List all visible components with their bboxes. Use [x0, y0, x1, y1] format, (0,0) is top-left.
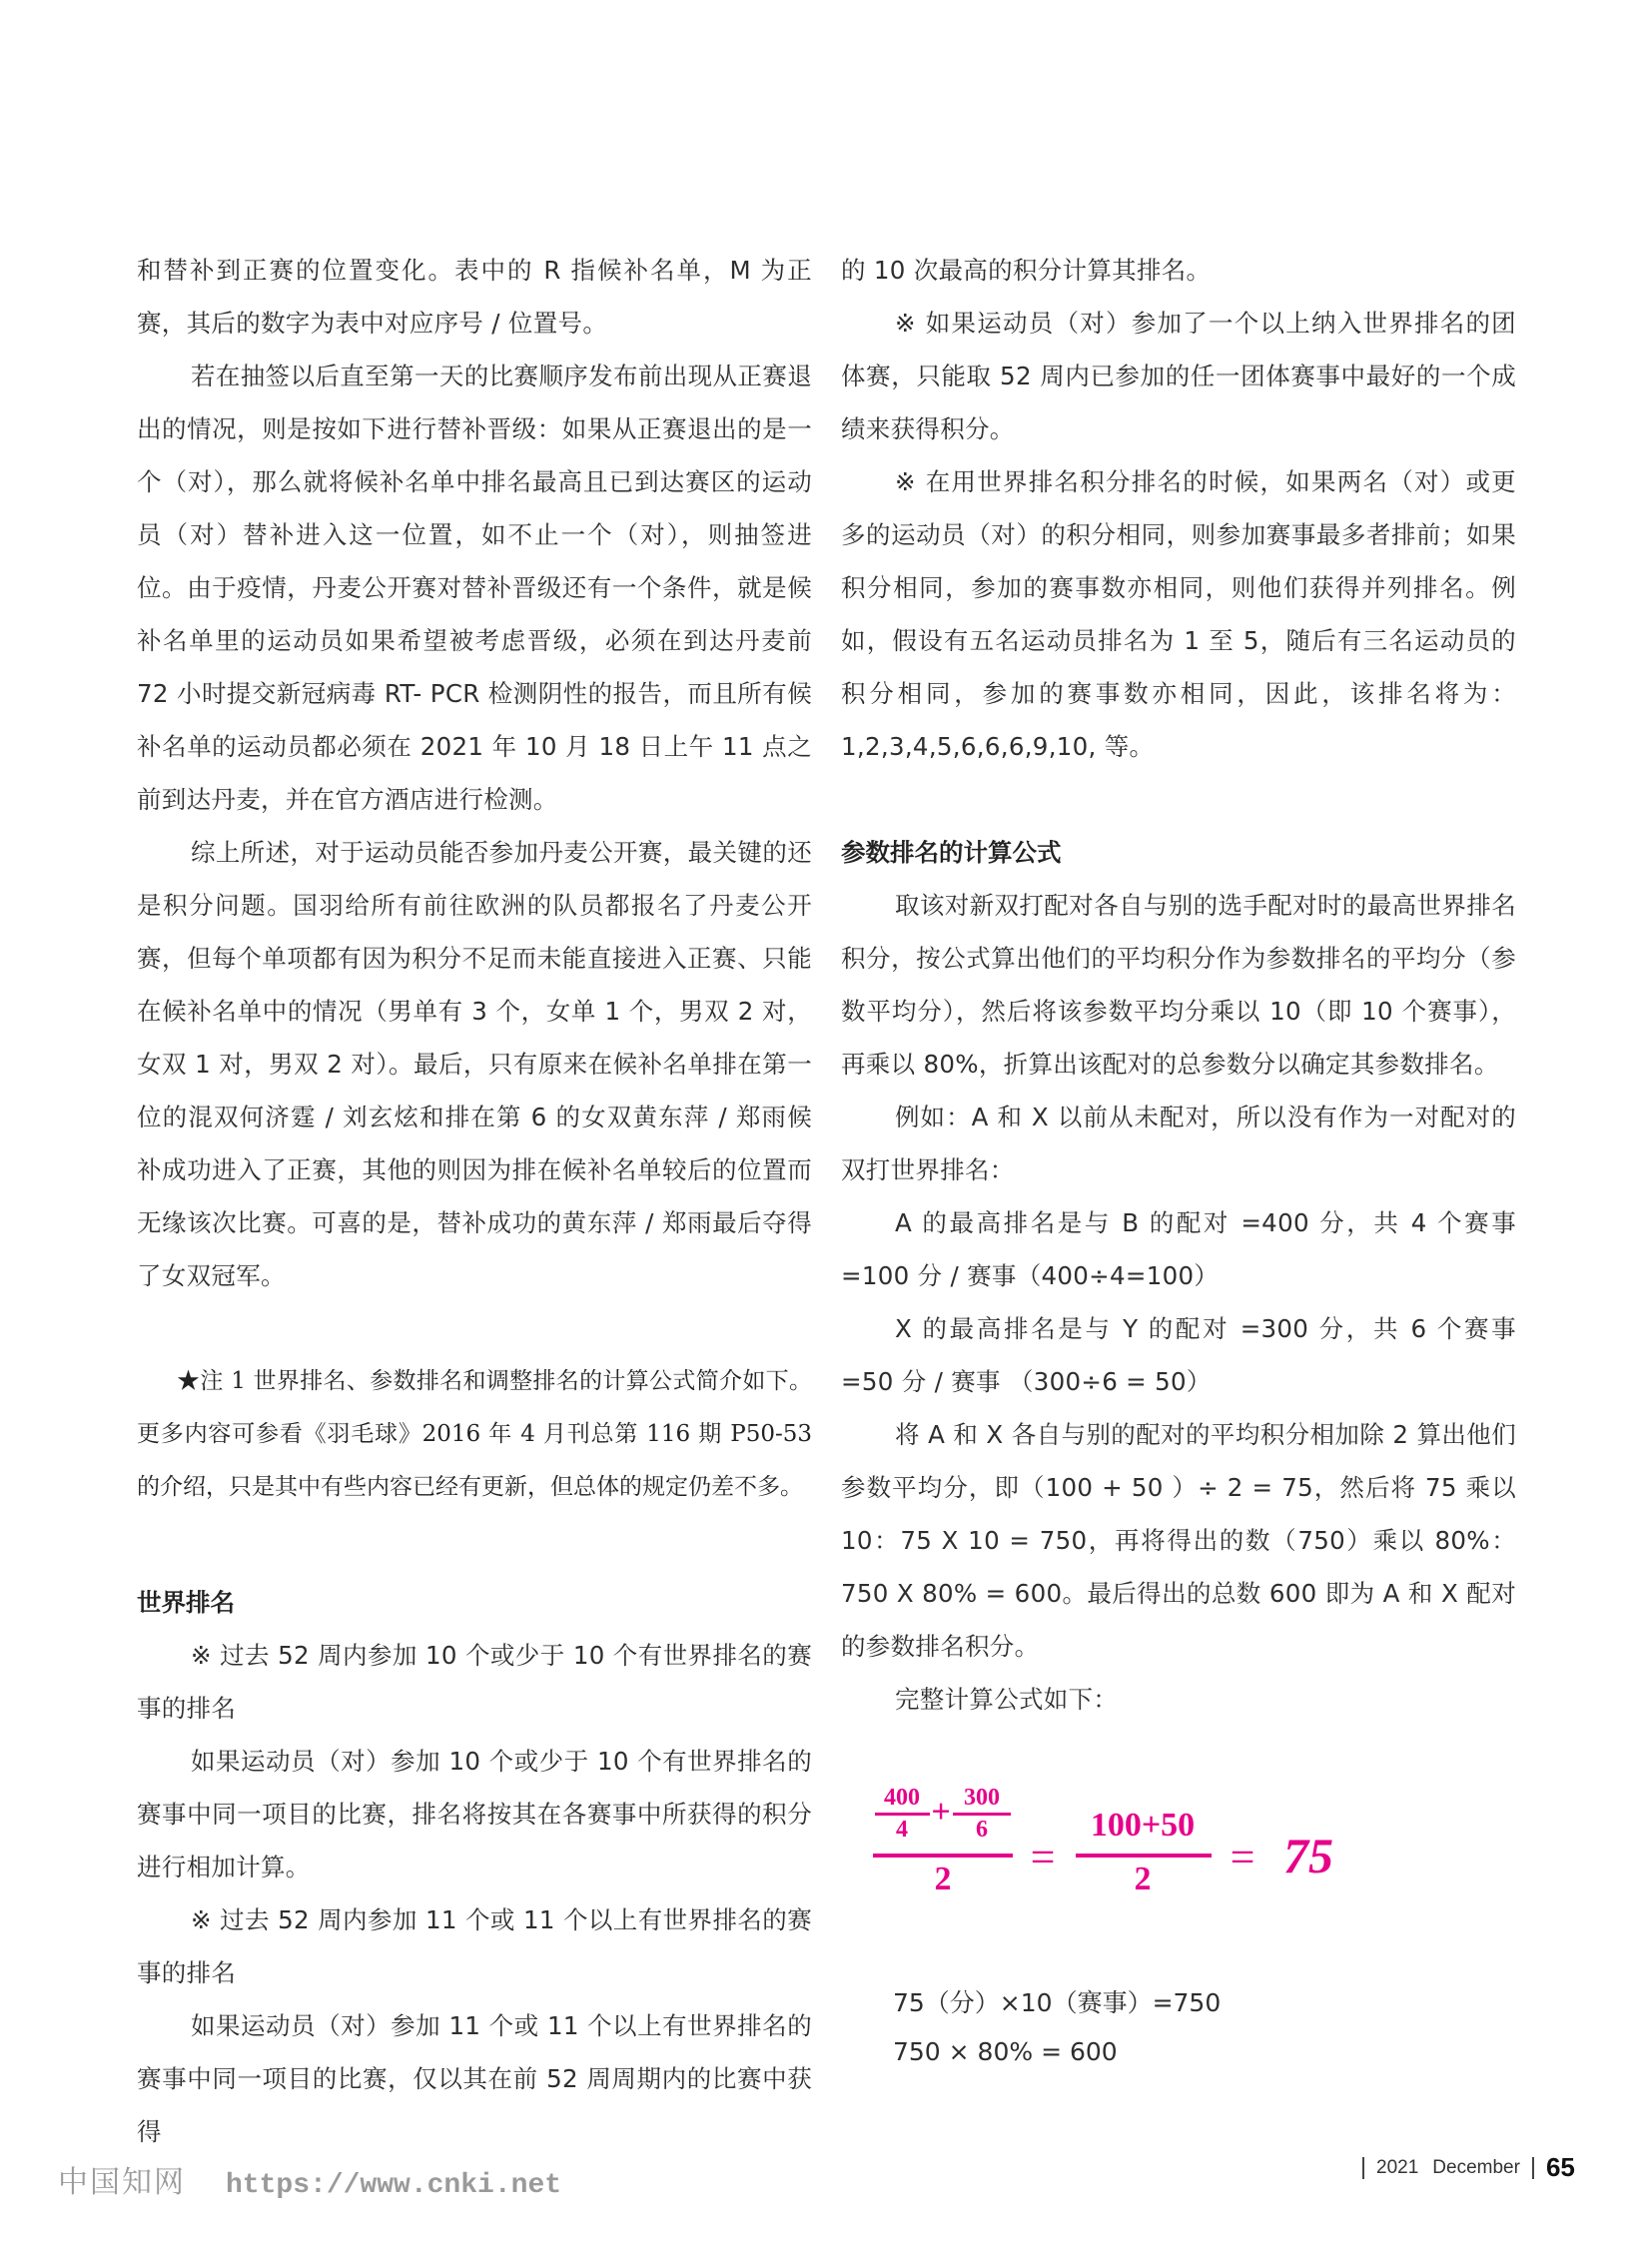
- rule-title: ※ 过去 52 周内参加 10 个或少于 10 个有世界排名的赛事的排名: [137, 1629, 812, 1735]
- page-footer: 2021 December 65: [1350, 2152, 1575, 2183]
- spacer: [137, 1302, 812, 1355]
- page-number: 65: [1546, 2152, 1575, 2183]
- fraction-bar-main: [873, 1854, 1013, 1858]
- paragraph: 将 A 和 X 各自与别的配对的平均积分相加除 2 算出他们参数平均分，即（10…: [841, 1408, 1516, 1673]
- formula-denominator-a: 4: [873, 1816, 931, 1844]
- paragraph: 如果运动员（对）参加 10 个或少于 10 个有世界排名的赛事中同一项目的比赛，…: [137, 1735, 812, 1893]
- paragraph: 如果运动员（对）参加 11 个或 11 个以上有世界排名的赛事中同一项目的比赛，…: [137, 1999, 812, 2158]
- section-heading-world-ranking: 世界排名: [137, 1576, 812, 1629]
- formula-numerator-b: 300: [953, 1784, 1011, 1812]
- left-column: 和替补到正赛的位置变化。表中的 R 指候补名单，M 为正赛，其后的数字为表中对应…: [137, 244, 812, 2158]
- formula-numerator-a: 400: [873, 1784, 931, 1812]
- watermark-source-name: 中国知网: [58, 2165, 186, 2200]
- paragraph: 若在抽签以后直至第一天的比赛顺序发布前出现从正赛退出的情况，则是按如下进行替补晋…: [137, 350, 812, 826]
- divider: [1532, 2157, 1534, 2179]
- formula-block: 400 4 + 300 6 2 = 100+50 2 = 75: [873, 1784, 1392, 1913]
- formula-mid-numerator: 100+50: [1073, 1804, 1213, 1848]
- watermark: 中国知网https://www.cnki.net: [58, 2157, 561, 2201]
- paragraph: ※ 如果运动员（对）参加了一个以上纳入世界排名的团体赛，只能取 52 周内已参加…: [841, 297, 1516, 455]
- formula-result: 75: [1268, 1828, 1348, 1883]
- formula-equals: =: [1223, 1838, 1262, 1877]
- footer-year: 2021: [1376, 2157, 1418, 2179]
- rule-title: ※ 过去 52 周内参加 11 个或 11 个以上有世界排名的赛事的排名: [137, 1893, 812, 1999]
- spacer: [841, 773, 1516, 826]
- formula-equals: =: [1023, 1838, 1063, 1877]
- paragraph: 的 10 次最高的积分计算其排名。: [841, 244, 1516, 297]
- calculation-line-2: 750 × 80% = 600: [893, 2037, 1118, 2066]
- paragraph: 完整计算公式如下：: [841, 1673, 1516, 1726]
- spacer: [137, 1514, 812, 1576]
- footnote: ★注 1 世界排名、参数排名和调整排名的计算公式简介如下。更多内容可参看《羽毛球…: [137, 1355, 812, 1514]
- paragraph: 例如：A 和 X 以前从未配对，所以没有作为一对配对的双打世界排名：: [841, 1091, 1516, 1196]
- calculation-line-1: 75（分）×10（赛事）=750: [893, 1983, 1221, 2019]
- formula-outer-denominator: 2: [873, 1860, 1013, 1899]
- section-heading-formula: 参数排名的计算公式: [841, 826, 1516, 879]
- formula-mid-denominator: 2: [1073, 1860, 1213, 1899]
- divider: [1362, 2157, 1364, 2179]
- paragraph: 取该对新双打配对各自与别的选手配对时的最高世界排名积分，按公式算出他们的平均积分…: [841, 879, 1516, 1091]
- formula-plus: +: [929, 1796, 953, 1830]
- fraction-bar-mid: [1076, 1854, 1212, 1858]
- watermark-url[interactable]: https://www.cnki.net: [226, 2170, 561, 2201]
- paragraph: 和替补到正赛的位置变化。表中的 R 指候补名单，M 为正赛，其后的数字为表中对应…: [137, 244, 812, 350]
- footer-month: December: [1432, 2157, 1520, 2179]
- paragraph: ※ 在用世界排名积分排名的时候，如果两名（对）或更多的运动员（对）的积分相同，则…: [841, 455, 1516, 773]
- formula-denominator-b: 6: [953, 1816, 1011, 1844]
- paragraph: 综上所述，对于运动员能否参加丹麦公开赛，最关键的还是积分问题。国羽给所有前往欧洲…: [137, 826, 812, 1302]
- paragraph: A 的最高排名是与 B 的配对 =400 分，共 4 个赛事 =100 分 / …: [841, 1196, 1516, 1302]
- paragraph: X 的最高排名是与 Y 的配对 =300 分，共 6 个赛事 =50 分 / 赛…: [841, 1302, 1516, 1408]
- right-column: 的 10 次最高的积分计算其排名。 ※ 如果运动员（对）参加了一个以上纳入世界排…: [841, 244, 1516, 1726]
